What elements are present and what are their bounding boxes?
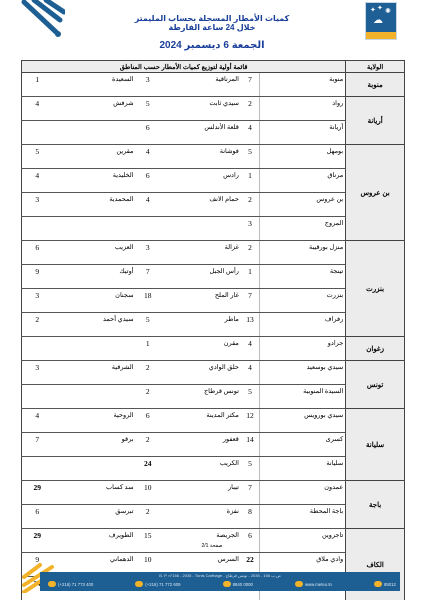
rainfall-value: 1 bbox=[241, 169, 260, 193]
rainfall-value: 4 bbox=[136, 193, 160, 217]
governorate-cell: تونس bbox=[346, 361, 405, 409]
station-name: سليانة bbox=[260, 457, 346, 481]
station-name: عمدون bbox=[260, 481, 346, 505]
station-name: بومهل bbox=[260, 145, 346, 169]
rainfall-value: 2 bbox=[136, 433, 160, 457]
governorate-cell: باجة bbox=[346, 481, 405, 529]
contact-hotline: 8840 0000 bbox=[223, 581, 253, 587]
rainfall-value: 5 bbox=[136, 97, 160, 121]
table-row: تونسسيدي بوسعيد4حلق الوادي2الشرقية3 bbox=[22, 361, 405, 385]
rainfall-value: 3 bbox=[22, 361, 53, 385]
station-name: مرناق bbox=[260, 169, 346, 193]
station-name: الخليدية bbox=[52, 169, 135, 193]
rainfall-value: 5 bbox=[22, 145, 53, 169]
header-station-list: قائمة أولية لتوزيع كميات الأمطار حسب الم… bbox=[22, 61, 346, 73]
rainfall-value: 2 bbox=[136, 505, 160, 529]
station-name: السعيدة bbox=[52, 73, 135, 97]
table-row: سليانةسيدي بورويس12مكثر المدينة6الروحية4 bbox=[22, 409, 405, 433]
rainfall-value: 5 bbox=[136, 313, 160, 337]
rainfall-value bbox=[136, 217, 160, 241]
station-name bbox=[52, 457, 135, 481]
rainfall-value: 18 bbox=[136, 289, 160, 313]
rainfall-value: 1 bbox=[22, 73, 53, 97]
station-name bbox=[52, 217, 135, 241]
rainfall-value: 8 bbox=[241, 505, 260, 529]
rainfall-value: 4 bbox=[136, 145, 160, 169]
station-name: السيدة المنوبية bbox=[260, 385, 346, 409]
rainfall-value: 3 bbox=[136, 241, 160, 265]
rainfall-value: 2 bbox=[241, 97, 260, 121]
station-name: حلق الوادي bbox=[160, 361, 241, 385]
station-name: منزل بورقيبة bbox=[260, 241, 346, 265]
station-name: فوشانة bbox=[160, 145, 241, 169]
rainfall-value: 7 bbox=[136, 265, 160, 289]
rainfall-table: الولاية قائمة أولية لتوزيع كميات الأمطار… bbox=[21, 60, 405, 600]
rainfall-value bbox=[22, 121, 53, 145]
report-subtitle: خلال 24 ساعة الفارطة bbox=[0, 23, 424, 32]
rainfall-value: 13 bbox=[241, 313, 260, 337]
rainfall-value: 1 bbox=[136, 337, 160, 361]
rainfall-value: 5 bbox=[241, 145, 260, 169]
station-name: سجنان bbox=[52, 289, 135, 313]
station-name: حمام الانف bbox=[160, 193, 241, 217]
logo-band bbox=[366, 32, 396, 39]
rainfall-value: 3 bbox=[136, 73, 160, 97]
station-name: غار الملح bbox=[160, 289, 241, 313]
rainfall-value: 7 bbox=[241, 73, 260, 97]
station-name: رواد bbox=[260, 97, 346, 121]
rainfall-value: 7 bbox=[241, 289, 260, 313]
rainfall-value: 4 bbox=[241, 361, 260, 385]
station-name: كسرى bbox=[260, 433, 346, 457]
station-name: سيدي ثابت bbox=[160, 97, 241, 121]
rainfall-value: 4 bbox=[241, 121, 260, 145]
table-header-row: الولاية قائمة أولية لتوزيع كميات الأمطار… bbox=[22, 61, 405, 73]
station-name: غزالة bbox=[160, 241, 241, 265]
rainfall-value: 9 bbox=[22, 265, 53, 289]
rainfall-value: 5 bbox=[241, 457, 260, 481]
contact-code: 85012 bbox=[374, 581, 396, 587]
station-name: المروج bbox=[260, 217, 346, 241]
rainfall-value: 4 bbox=[22, 97, 53, 121]
rainfall-value: 3 bbox=[22, 289, 53, 313]
station-name bbox=[52, 337, 135, 361]
table-row: باجةعمدون7تيبار10سد كساب29 bbox=[22, 481, 405, 505]
rainfall-value: 7 bbox=[22, 433, 53, 457]
station-name bbox=[160, 217, 241, 241]
rainfall-value: 2 bbox=[136, 361, 160, 385]
rainfall-value bbox=[22, 457, 53, 481]
governorate-cell: سليانة bbox=[346, 409, 405, 481]
rainfall-value: 3 bbox=[241, 217, 260, 241]
report-title: كميات الأمطار المسجلة بحساب المليمتر bbox=[0, 14, 424, 23]
rainfall-value bbox=[22, 217, 53, 241]
rainfall-value: 4 bbox=[22, 169, 53, 193]
station-name: رفراف bbox=[260, 313, 346, 337]
station-name: رأس الجبل bbox=[160, 265, 241, 289]
station-name bbox=[52, 385, 135, 409]
station-name: الكريب bbox=[160, 457, 241, 481]
governorate-cell: زغوان bbox=[346, 337, 405, 361]
fax-icon bbox=[135, 581, 143, 587]
footer-contacts: (+216) 71 773 400 (+216) 71 772 609 8840… bbox=[48, 581, 396, 587]
rainfall-value: 6 bbox=[136, 121, 160, 145]
station-name: تبرسق bbox=[52, 505, 135, 529]
station-name: أريانة bbox=[260, 121, 346, 145]
station-name: المحمدية bbox=[52, 193, 135, 217]
rainfall-value: 3 bbox=[22, 193, 53, 217]
rainfall-value: 29 bbox=[22, 481, 53, 505]
rainfall-value: 2 bbox=[136, 385, 160, 409]
station-name: ماطر bbox=[160, 313, 241, 337]
page-number: صفحة 2/1 bbox=[0, 543, 424, 549]
table-row: بنزرتمنزل بورقيبة2غزالة3العزيب6 bbox=[22, 241, 405, 265]
table-row: زغوانجرادو4مقرن1 bbox=[22, 337, 405, 361]
governorate-cell: بن عروس bbox=[346, 145, 405, 241]
rainfall-value: 6 bbox=[22, 505, 53, 529]
rainfall-value: 6 bbox=[136, 409, 160, 433]
station-name: برقو bbox=[52, 433, 135, 457]
star-icon: ✦ bbox=[377, 5, 383, 12]
rainfall-value: 6 bbox=[136, 169, 160, 193]
rainfall-value: 4 bbox=[22, 409, 53, 433]
station-name: سد كساب bbox=[52, 481, 135, 505]
rainfall-value: 1 bbox=[241, 265, 260, 289]
rainfall-value: 10 bbox=[136, 481, 160, 505]
rainfall-value: 24 bbox=[136, 457, 160, 481]
station-name: نفزة bbox=[160, 505, 241, 529]
station-name: تونس قرطاج bbox=[160, 385, 241, 409]
station-name: منوبة bbox=[260, 73, 346, 97]
station-name: أوتيك bbox=[52, 265, 135, 289]
station-name: مقرن bbox=[160, 337, 241, 361]
table-row: أريانةرواد2سيدي ثابت5شرفش4 bbox=[22, 97, 405, 121]
station-name: الروحية bbox=[52, 409, 135, 433]
rainfall-value: 14 bbox=[241, 433, 260, 457]
station-name: مكثر المدينة bbox=[160, 409, 241, 433]
rainfall-value: 7 bbox=[241, 481, 260, 505]
station-name: شرفش bbox=[52, 97, 135, 121]
station-name: بن عروس bbox=[260, 193, 346, 217]
station-name: تيبار bbox=[160, 481, 241, 505]
report-date: الجمعة 6 ديسمبر 2024 bbox=[0, 40, 424, 51]
station-name: تينجة bbox=[260, 265, 346, 289]
rainfall-value: 2 bbox=[22, 313, 53, 337]
rainfall-value: 4 bbox=[241, 337, 260, 361]
station-name bbox=[52, 121, 135, 145]
star-icon: ✦ bbox=[370, 7, 376, 14]
station-name: قعفور bbox=[160, 433, 241, 457]
header-governorate: الولاية bbox=[346, 61, 405, 73]
globe-icon bbox=[295, 581, 303, 587]
rainfall-value: 5 bbox=[241, 385, 260, 409]
rainfall-value: 2 bbox=[241, 241, 260, 265]
station-name: جرادو bbox=[260, 337, 346, 361]
station-name: مقرين bbox=[52, 145, 135, 169]
footer-address: B. P. n°156 - 2035 - Tunis Carthage - ص.… bbox=[40, 573, 400, 578]
rainfall-value: 12 bbox=[241, 409, 260, 433]
governorate-cell: أريانة bbox=[346, 97, 405, 145]
contact-website[interactable]: www.meteo.tn bbox=[295, 581, 332, 587]
station-name: المرناقية bbox=[160, 73, 241, 97]
phone-icon bbox=[48, 581, 56, 587]
station-name: سيدي أحمد bbox=[52, 313, 135, 337]
station-name: قلعة الأندلس bbox=[160, 121, 241, 145]
station-name: الشرقية bbox=[52, 361, 135, 385]
station-name: بنزرت bbox=[260, 289, 346, 313]
footer-bar: B. P. n°156 - 2035 - Tunis Carthage - ص.… bbox=[40, 572, 400, 591]
rainfall-value bbox=[22, 385, 53, 409]
contact-fax: (+216) 71 772 609 bbox=[135, 581, 180, 587]
governorate-cell: بنزرت bbox=[346, 241, 405, 337]
table-row: منوبةمنوبة7المرناقية3السعيدة1 bbox=[22, 73, 405, 97]
rainfall-value: 6 bbox=[22, 241, 53, 265]
station-name: باجة المحطة bbox=[260, 505, 346, 529]
station-name: رادس bbox=[160, 169, 241, 193]
governorate-cell: منوبة bbox=[346, 73, 405, 97]
table-row: بن عروسبومهل5فوشانة4مقرين5 bbox=[22, 145, 405, 169]
station-name: العزيب bbox=[52, 241, 135, 265]
station-name: سيدي بوسعيد bbox=[260, 361, 346, 385]
rainfall-value bbox=[22, 337, 53, 361]
hotline-icon bbox=[223, 581, 231, 587]
sms-icon bbox=[374, 581, 382, 587]
station-name: سيدي بورويس bbox=[260, 409, 346, 433]
contact-phone: (+216) 71 773 400 bbox=[48, 581, 93, 587]
rainfall-value: 2 bbox=[241, 193, 260, 217]
